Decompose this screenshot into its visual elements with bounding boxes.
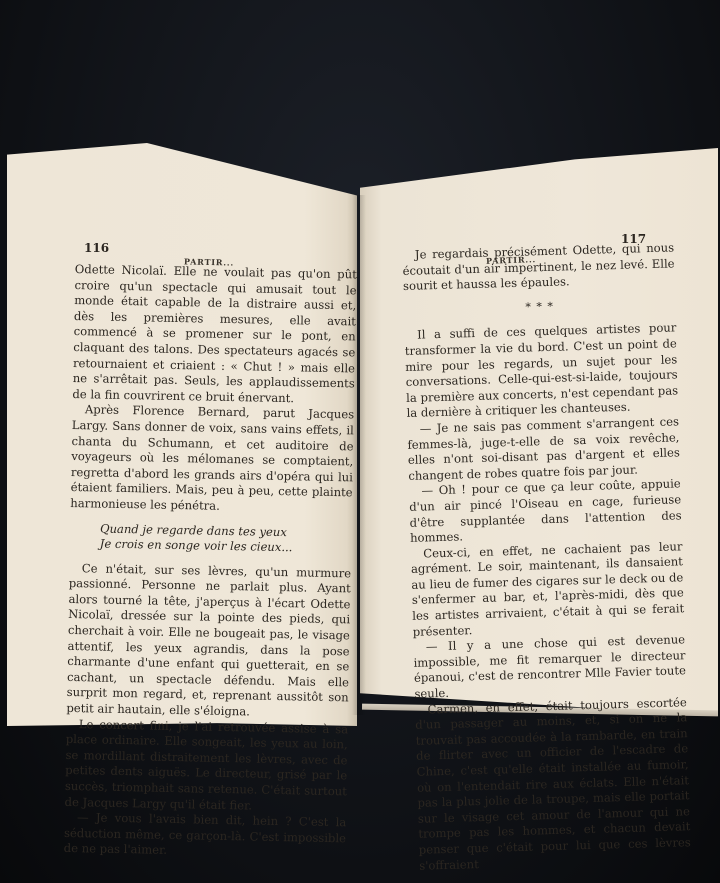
right-page-text: Je regardais précisément Odette, qui nou… xyxy=(402,240,691,874)
paragraph: Après Florence Bernard, parut Jacques La… xyxy=(70,402,354,517)
paragraph: — Il y a une chose qui est devenue impos… xyxy=(413,633,687,703)
paragraph: Carmen, en effet, était toujours escorté… xyxy=(415,695,692,874)
paragraph: Le concert fini, je l'ai retrouvée assis… xyxy=(64,717,348,816)
paragraph: Je regardais précisément Odette, qui nou… xyxy=(402,240,675,294)
verse-quote: Quand je regarde dans tes yeux Je crois … xyxy=(100,521,352,557)
paragraph: — Oh ! pour ce que ça leur coûte, appuie… xyxy=(409,477,683,547)
paragraph: Il a suffi de ces quelques artistes pour… xyxy=(404,321,679,422)
paragraph: — Je ne sais pas comment s'arrangent ces… xyxy=(407,414,681,484)
photo-scene: 116 PARTIR... 117 PARTIR... Odette Nicol… xyxy=(0,0,720,883)
left-page-text: Odette Nicolaï. Elle ne voulait pas qu'o… xyxy=(64,262,357,862)
paragraph: Ceux-ci, en effet, ne cachaient pas leur… xyxy=(410,539,685,640)
section-break: * * * xyxy=(404,295,676,318)
paragraph: — Je vous l'avais bien dit, hein ? C'est… xyxy=(64,810,347,862)
paragraph: Ce n'était, sur ses lèvres, qu'un murmur… xyxy=(66,561,351,722)
left-page-number: 116 xyxy=(84,241,109,255)
paragraph: Odette Nicolaï. Elle ne voulait pas qu'o… xyxy=(72,262,357,408)
